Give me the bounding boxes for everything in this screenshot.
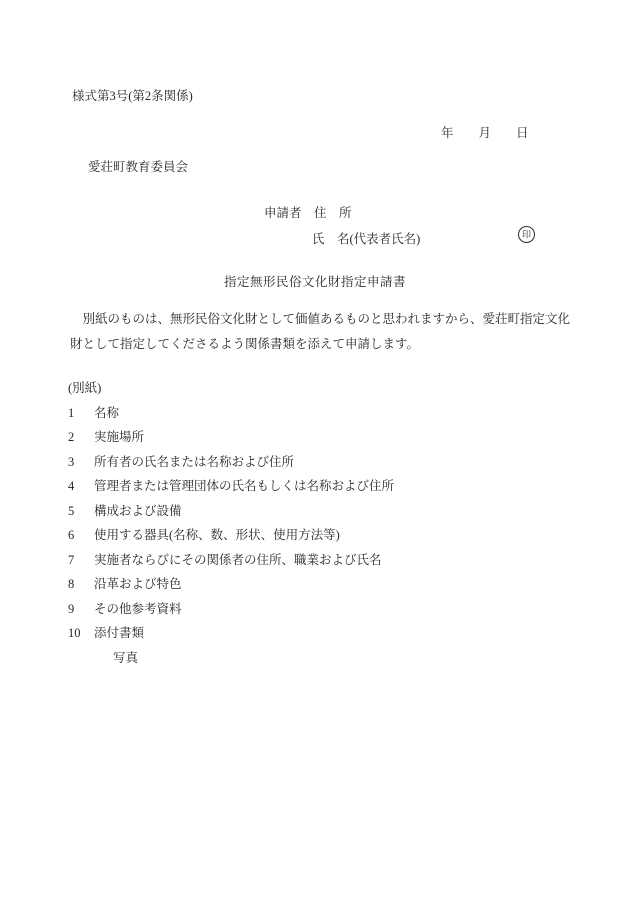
seal-stamp-icon: 印: [518, 226, 535, 243]
recipient-committee: 愛荘町教育委員会: [88, 157, 188, 175]
list-item-9: 9その他参考資料: [68, 597, 394, 622]
list-item-4: 4管理者または管理団体の氏名もしくは名称および住所: [68, 474, 394, 499]
seal-character: 印: [522, 231, 531, 240]
date-line: 年 月 日: [441, 123, 529, 141]
appendix-label: (別紙): [68, 376, 394, 401]
item-text: 沿革および特色: [94, 577, 182, 591]
list-item-1: 1名称: [68, 401, 394, 426]
applicant-address-line: 申請者 住 所: [264, 203, 352, 221]
list-item-2: 2実施場所: [68, 425, 394, 450]
item-number: 3: [68, 450, 94, 475]
applicant-name-line: 氏 名(代表者氏名): [312, 229, 420, 247]
item-number: 6: [68, 523, 94, 548]
list-item-3: 3所有者の氏名または名称および住所: [68, 450, 394, 475]
item-text: 名称: [94, 406, 119, 420]
list-item-7: 7実施者ならびにその関係者の住所、職業および氏名: [68, 548, 394, 573]
item-number: 1: [68, 401, 94, 426]
body-paragraph-line: 別紙のものは、無形民俗文化財として価値あるものと思われますから、愛荘町指定文化: [70, 307, 570, 332]
list-item-8: 8沿革および特色: [68, 572, 394, 597]
item-text: 実施場所: [94, 430, 144, 444]
item-text: 使用する器具(名称、数、形状、使用方法等): [94, 528, 340, 542]
item-text: 実施者ならびにその関係者の住所、職業および氏名: [94, 553, 382, 567]
item-text: 構成および設備: [94, 504, 182, 518]
document-title: 指定無形民俗文化財指定申請書: [0, 272, 630, 290]
item-text: 添付書類: [94, 626, 144, 640]
list-item-10: 10添付書類: [68, 621, 394, 646]
item-number: 8: [68, 572, 94, 597]
appendix-list: (別紙) 1名称 2実施場所 3所有者の氏名または名称および住所 4管理者または…: [68, 376, 394, 670]
body-paragraph-line: 財として指定してくださるよう関係書類を添えて申請します。: [70, 332, 570, 357]
item-number: 9: [68, 597, 94, 622]
sub-item-photo: 写真: [113, 646, 394, 671]
item-number: 4: [68, 474, 94, 499]
body-paragraph: 別紙のものは、無形民俗文化財として価値あるものと思われますから、愛荘町指定文化 …: [70, 307, 570, 357]
document-page: 様式第3号(第2条関係) 年 月 日 愛荘町教育委員会 申請者 住 所 氏 名(…: [0, 0, 630, 915]
form-number: 様式第3号(第2条関係): [72, 86, 193, 104]
item-number: 7: [68, 548, 94, 573]
item-text: その他参考資料: [94, 602, 182, 616]
list-item-5: 5構成および設備: [68, 499, 394, 524]
item-number: 5: [68, 499, 94, 524]
item-number: 2: [68, 425, 94, 450]
list-item-6: 6使用する器具(名称、数、形状、使用方法等): [68, 523, 394, 548]
item-text: 管理者または管理団体の氏名もしくは名称および住所: [94, 479, 394, 493]
item-text: 所有者の氏名または名称および住所: [94, 455, 294, 469]
item-number: 10: [68, 621, 94, 646]
